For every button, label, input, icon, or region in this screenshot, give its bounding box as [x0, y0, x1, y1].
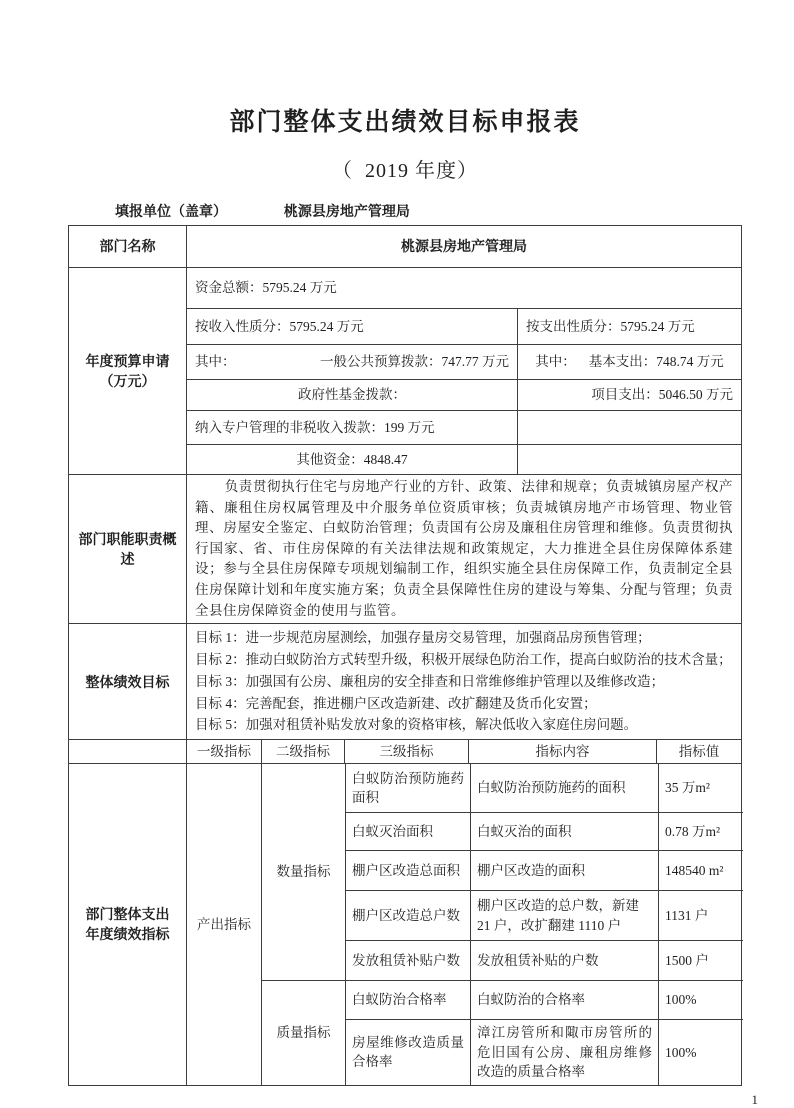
budget-total-row: 资金总额：5795.24 万元	[187, 268, 741, 308]
indicator-level1: 产出指标	[186, 764, 261, 1085]
goals-label: 整体绩效目标	[69, 624, 186, 739]
duty-section: 部门职能职责概 述 负责贯彻执行住宅与房地产行业的方针、政策、法律和规章；负责城…	[69, 474, 741, 623]
indicator-content: 白蚁防治的合格率	[470, 981, 658, 1019]
group-quality: 质量指标 白蚁防治合格率 白蚁防治的合格率 100% 房屋维修改造质量合格率 漳…	[262, 980, 743, 1085]
basic-expense: 基本支出：748.74 万元	[589, 352, 724, 372]
indicator-row-label: 部门整体支出 年度绩效指标	[69, 764, 186, 1085]
indicator-content: 棚户区改造的总户数，新建 21 户，改扩翻建 1110 户	[470, 891, 658, 940]
indicator-value: 35 万m²	[658, 764, 743, 812]
goal-item-5: 目标 5：加强对租赁补贴发放对象的资格审核，解决低收入家庭住房问题。	[195, 714, 737, 736]
indicator-value: 1131 户	[658, 891, 743, 940]
indicator-content: 发放租赁补贴的户数	[470, 941, 658, 980]
indicator-row: 白蚁防治预防施药面积 白蚁防治预防施药的面积 35 万m²	[346, 764, 743, 812]
indicator-value: 100%	[658, 1020, 743, 1085]
group-quantity: 数量指标 白蚁防治预防施药面积 白蚁防治预防施药的面积 35 万m² 白蚁灭治面…	[262, 764, 743, 980]
indicator-content: 白蚁灭治的面积	[470, 813, 658, 850]
group-quality-label: 质量指标	[262, 981, 345, 1085]
goal-item-2: 目标 2：推动白蚁防治方式转型升级，积极开展绿色防治工作，提高白蚁防治的技术含量…	[195, 649, 737, 671]
indicator-row: 发放租赁补贴户数 发放租赁补贴的户数 1500 户	[346, 940, 743, 980]
budget-by-expense: 按支出性质分：5795.24 万元	[517, 309, 741, 344]
budget-among-left: 其中： 一般公共预算拨款：747.77 万元	[187, 345, 517, 379]
indicator-header-empty	[69, 740, 186, 763]
budget-other-row: 其他资金：4848.47	[187, 444, 741, 474]
group-quality-rows: 白蚁防治合格率 白蚁防治的合格率 100% 房屋维修改造质量合格率 漳江房管所和…	[345, 981, 743, 1085]
indicator-content: 漳江房管所和陬市房管所的危旧国有公房、廉租房维修改造的质量合格率	[470, 1020, 658, 1085]
budget-among-row: 其中： 一般公共预算拨款：747.77 万元 其中： 基本支出：748.74 万…	[187, 344, 741, 379]
nontax-right-empty	[517, 411, 741, 444]
header-content: 指标内容	[468, 740, 656, 763]
budget-label: 年度预算申请 （万元）	[69, 268, 186, 474]
goal-item-3: 目标 3：加强国有公房、廉租房的安全排查和日常维修维护管理以及维修改造；	[195, 671, 737, 693]
goal-item-4: 目标 4：完善配套，推进棚户区改造新建、改扩翻建及货币化安置；	[195, 693, 737, 715]
declaration-table: 部门名称 桃源县房地产管理局 年度预算申请 （万元） 资金总额：5795.24 …	[68, 225, 742, 1086]
indicator-content: 白蚁防治预防施药的面积	[470, 764, 658, 812]
document-title: 部门整体支出绩效目标申报表	[68, 102, 742, 138]
gov-fund-allocation: 政府性基金拨款：	[187, 380, 517, 410]
goals-list: 目标 1：进一步规范房屋测绘，加强存量房交易管理，加强商品房预售管理； 目标 2…	[186, 624, 741, 739]
indicator-value: 0.78 万m²	[658, 813, 743, 850]
indicator-row: 棚户区改造总面积 棚户区改造的面积 148540 m²	[346, 850, 743, 890]
budget-total: 资金总额：5795.24 万元	[187, 268, 741, 308]
duty-text: 负责贯彻执行住宅与房地产行业的方针、政策、法律和规章；负责城镇房屋产权产籍、廉租…	[186, 475, 741, 623]
header-level1: 一级指标	[186, 740, 261, 763]
budget-grid: 资金总额：5795.24 万元 按收入性质分：5795.24 万元 按支出性质分…	[186, 268, 741, 474]
indicator-row: 白蚁灭治面积 白蚁灭治的面积 0.78 万m²	[346, 812, 743, 850]
other-funds: 其他资金：4848.47	[187, 445, 517, 474]
indicator-name: 发放租赁补贴户数	[346, 941, 470, 980]
group-quantity-label: 数量指标	[262, 764, 345, 980]
indicator-name: 棚户区改造总户数	[346, 891, 470, 940]
dept-name-row: 部门名称 桃源县房地产管理局	[69, 226, 741, 267]
indicator-name: 白蚁灭治面积	[346, 813, 470, 850]
indicator-value: 1500 户	[658, 941, 743, 980]
project-expense: 项目支出：5046.50 万元	[517, 380, 741, 410]
budget-by-income: 按收入性质分：5795.24 万元	[187, 309, 517, 344]
budget-nontax-row: 纳入专户管理的非税收入拨款：199 万元	[187, 410, 741, 444]
indicator-row: 白蚁防治合格率 白蚁防治的合格率 100%	[346, 981, 743, 1019]
indicator-name: 白蚁防治预防施药面积	[346, 764, 470, 812]
indicator-name: 白蚁防治合格率	[346, 981, 470, 1019]
indicator-row: 房屋维修改造质量合格率 漳江房管所和陬市房管所的危旧国有公房、廉租房维修改造的质…	[346, 1019, 743, 1085]
header-level3: 三级指标	[344, 740, 468, 763]
page-number: 1	[136, 1092, 794, 1108]
budget-fund-row: 政府性基金拨款： 项目支出：5046.50 万元	[187, 379, 741, 410]
fill-unit-label: 填报单位（盖章）	[115, 203, 227, 219]
document-page: 部门整体支出绩效目标申报表 （ 2019 年度） 填报单位（盖章） 桃源县房地产…	[0, 0, 794, 1108]
goal-item-1: 目标 1：进一步规范房屋测绘，加强存量房交易管理，加强商品房预售管理；	[195, 627, 737, 649]
among-label-left: 其中：	[195, 352, 236, 372]
group-quantity-rows: 白蚁防治预防施药面积 白蚁防治预防施药的面积 35 万m² 白蚁灭治面积 白蚁灭…	[345, 764, 743, 980]
indicator-name: 棚户区改造总面积	[346, 851, 470, 890]
dept-name-label: 部门名称	[69, 226, 186, 267]
general-public-allocation: 一般公共预算拨款：747.77 万元	[320, 352, 509, 372]
among-label-right: 其中：	[535, 352, 576, 372]
indicator-name: 房屋维修改造质量合格率	[346, 1020, 470, 1085]
indicator-value: 100%	[658, 981, 743, 1019]
header-value: 指标值	[656, 740, 741, 763]
fill-unit-value: 桃源县房地产管理局	[284, 203, 410, 219]
indicator-groups: 数量指标 白蚁防治预防施药面积 白蚁防治预防施药的面积 35 万m² 白蚁灭治面…	[261, 764, 743, 1085]
non-tax-income: 纳入专户管理的非税收入拨款：199 万元	[187, 411, 517, 444]
header-level2: 二级指标	[261, 740, 344, 763]
indicator-row: 棚户区改造总户数 棚户区改造的总户数，新建 21 户，改扩翻建 1110 户 1…	[346, 890, 743, 940]
budget-nature-row: 按收入性质分：5795.24 万元 按支出性质分：5795.24 万元	[187, 308, 741, 344]
document-subtitle: （ 2019 年度）	[68, 154, 742, 183]
budget-among-right: 其中： 基本支出：748.74 万元	[517, 345, 741, 379]
indicator-value: 148540 m²	[658, 851, 743, 890]
other-right-empty	[517, 445, 741, 474]
dept-name-value: 桃源县房地产管理局	[186, 226, 741, 267]
fill-unit-line: 填报单位（盖章） 桃源县房地产管理局	[68, 201, 742, 221]
goals-section: 整体绩效目标 目标 1：进一步规范房屋测绘，加强存量房交易管理，加强商品房预售管…	[69, 623, 741, 739]
indicator-header-row: 一级指标 二级指标 三级指标 指标内容 指标值	[69, 739, 741, 763]
budget-section: 年度预算申请 （万元） 资金总额：5795.24 万元 按收入性质分：5795.…	[69, 267, 741, 474]
indicator-body: 部门整体支出 年度绩效指标 产出指标 数量指标 白蚁防治预防施药面积 白蚁防治预…	[69, 763, 741, 1085]
indicator-content: 棚户区改造的面积	[470, 851, 658, 890]
duty-label: 部门职能职责概 述	[69, 475, 186, 623]
